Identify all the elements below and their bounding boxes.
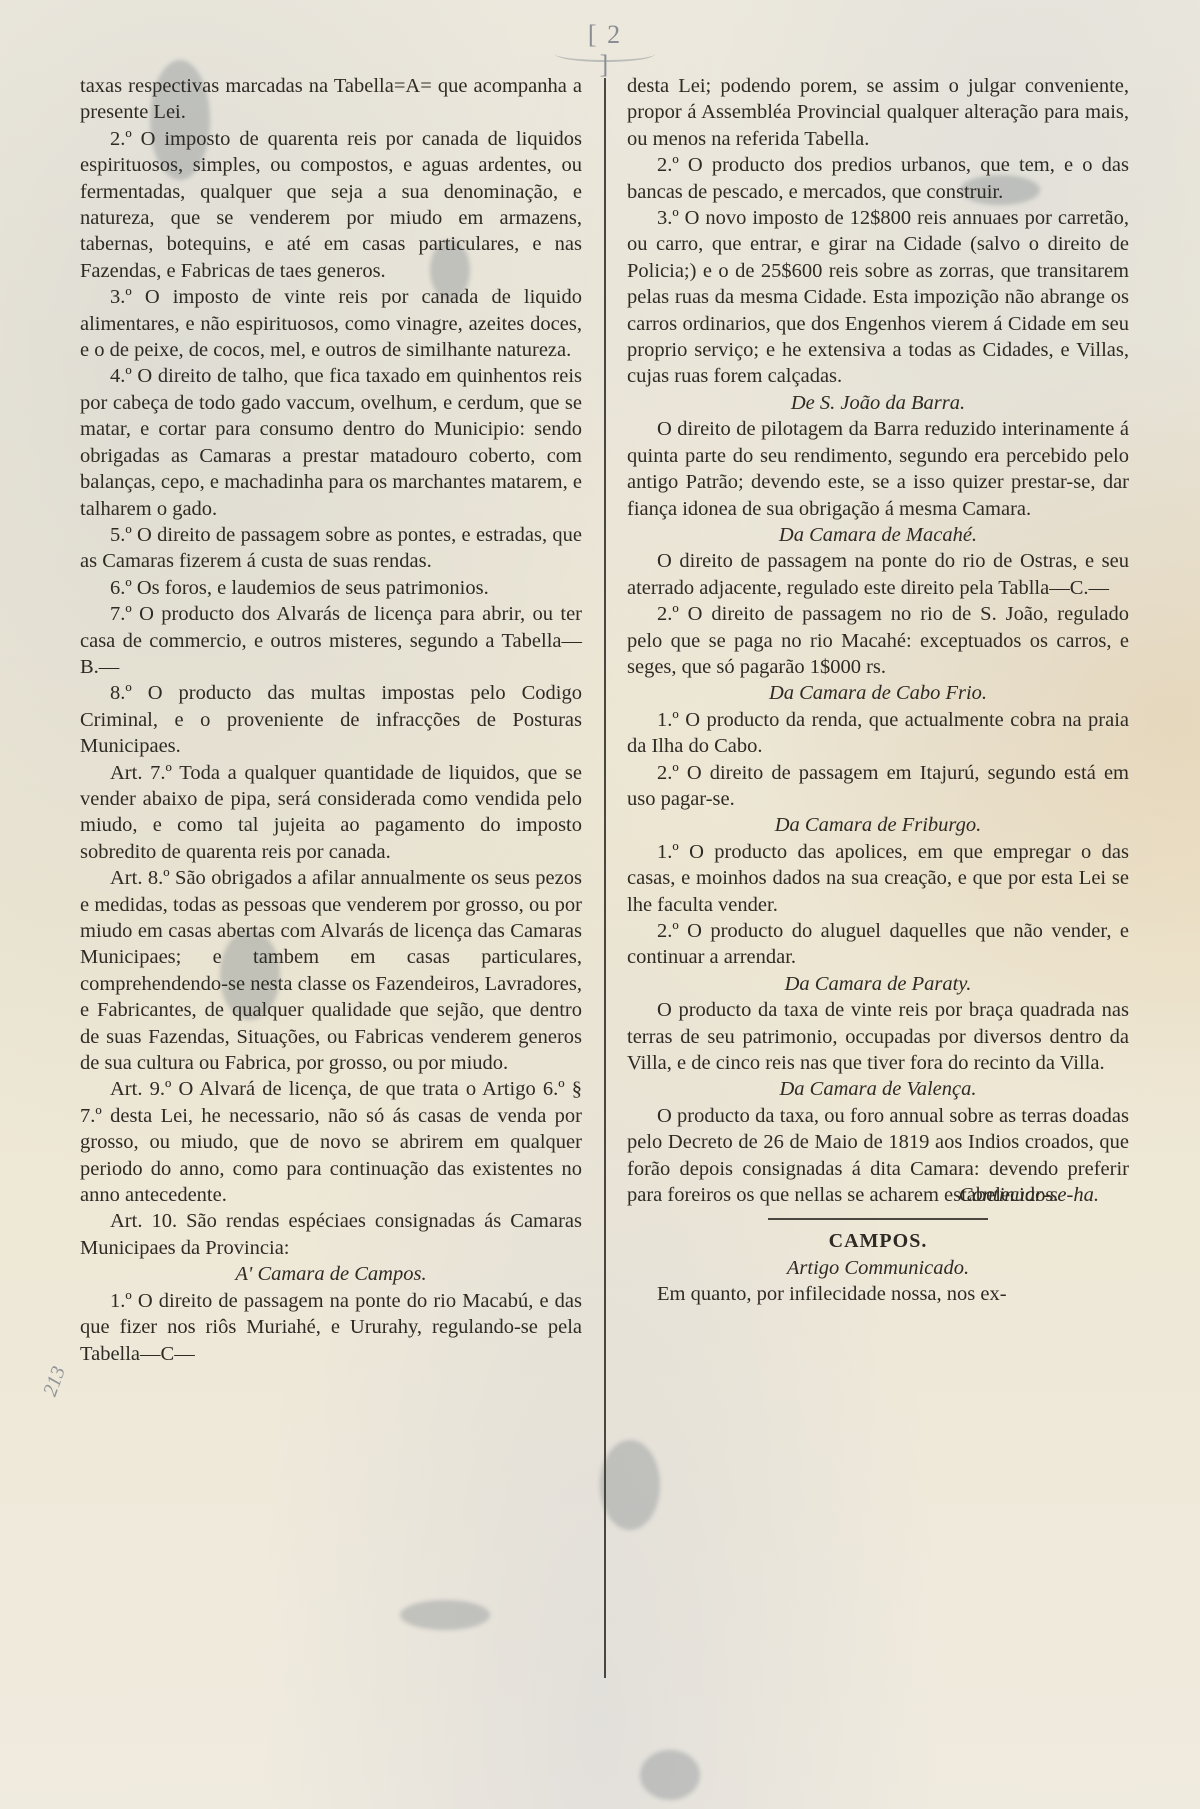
- paragraph: 5.º O direito de passagem sobre as ponte…: [80, 522, 582, 575]
- campos-title: CAMPOS.: [627, 1228, 1129, 1254]
- section-rule: [768, 1218, 988, 1220]
- article-paragraph: Art. 9.º O Alvará de licença, de que tra…: [80, 1076, 582, 1208]
- paragraph: 3.º O novo imposto de 12$800 reis annuae…: [627, 205, 1129, 390]
- paragraph: 3.º O imposto de vinte reis por canada d…: [80, 284, 582, 363]
- paragraph: 1.º O producto das apolices, em que empr…: [627, 839, 1129, 918]
- right-column: desta Lei; podendo porem, se assim o jul…: [627, 73, 1129, 1308]
- campos-subtitle: Artigo Communicado.: [627, 1255, 1129, 1281]
- paragraph: 2.º O producto dos predios urbanos, que …: [627, 152, 1129, 205]
- paragraph: 4.º O direito de talho, que fica taxado …: [80, 363, 582, 521]
- paragraph: desta Lei; podendo porem, se assim o jul…: [627, 73, 1129, 152]
- left-column: taxas respectivas marcadas na Tabella=A=…: [80, 73, 582, 1367]
- section-heading: Da Camara de Macahé.: [627, 522, 1129, 548]
- column-divider: [604, 78, 606, 1678]
- paragraph: 1.º O direito de passagem na ponte do ri…: [80, 1288, 582, 1367]
- paragraph: Em quanto, por infilecidade nossa, nos e…: [627, 1281, 1129, 1307]
- water-stain: [600, 1440, 660, 1530]
- article-paragraph: Art. 7.º Toda a qualquer quantidade de l…: [80, 760, 582, 866]
- paragraph: 6.º Os foros, e laudemios de seus patrim…: [80, 575, 582, 601]
- paragraph: 8.º O producto das multas impostas pelo …: [80, 680, 582, 759]
- paragraph: O direito de passagem na ponte do rio de…: [627, 548, 1129, 601]
- paragraph: 2.º O direito de passagem no rio de S. J…: [627, 601, 1129, 680]
- section-heading: Da Camara de Friburgo.: [627, 812, 1129, 838]
- water-stain: [400, 1600, 490, 1630]
- section-heading: Da Camara de Cabo Frio.: [627, 680, 1129, 706]
- paragraph: 2.º O producto do aluguel daquelles que …: [627, 918, 1129, 971]
- section-heading: A' Camara de Campos.: [80, 1261, 582, 1287]
- paragraph: 2.º O imposto de quarenta reis por canad…: [80, 126, 582, 284]
- section-heading: De S. João da Barra.: [627, 390, 1129, 416]
- section-heading: Da Camara de Paraty.: [627, 971, 1129, 997]
- section-heading: Da Camara de Valença.: [627, 1076, 1129, 1102]
- margin-handwritten-note: 213: [39, 1363, 71, 1399]
- paragraph: 2.º O direito de passagem em Itajurú, se…: [627, 760, 1129, 813]
- page-number-ornament: [555, 46, 655, 62]
- paragraph: taxas respectivas marcadas na Tabella=A=…: [80, 73, 582, 126]
- paragraph: O producto da taxa de vinte reis por bra…: [627, 997, 1129, 1076]
- water-stain: [640, 1750, 700, 1800]
- paragraph: O direito de pilotagem da Barra reduzido…: [627, 416, 1129, 522]
- article-paragraph: Art. 10. São rendas espéciaes consignada…: [80, 1208, 582, 1261]
- newspaper-page: [ 2 ] 213 taxas respectivas marcadas na …: [0, 0, 1200, 1809]
- paragraph: 7.º O producto dos Alvarás de licença pa…: [80, 601, 582, 680]
- article-paragraph: Art. 8.º São obrigados a afilar annualme…: [80, 865, 582, 1076]
- paragraph: 1.º O producto da renda, que actualmente…: [627, 707, 1129, 760]
